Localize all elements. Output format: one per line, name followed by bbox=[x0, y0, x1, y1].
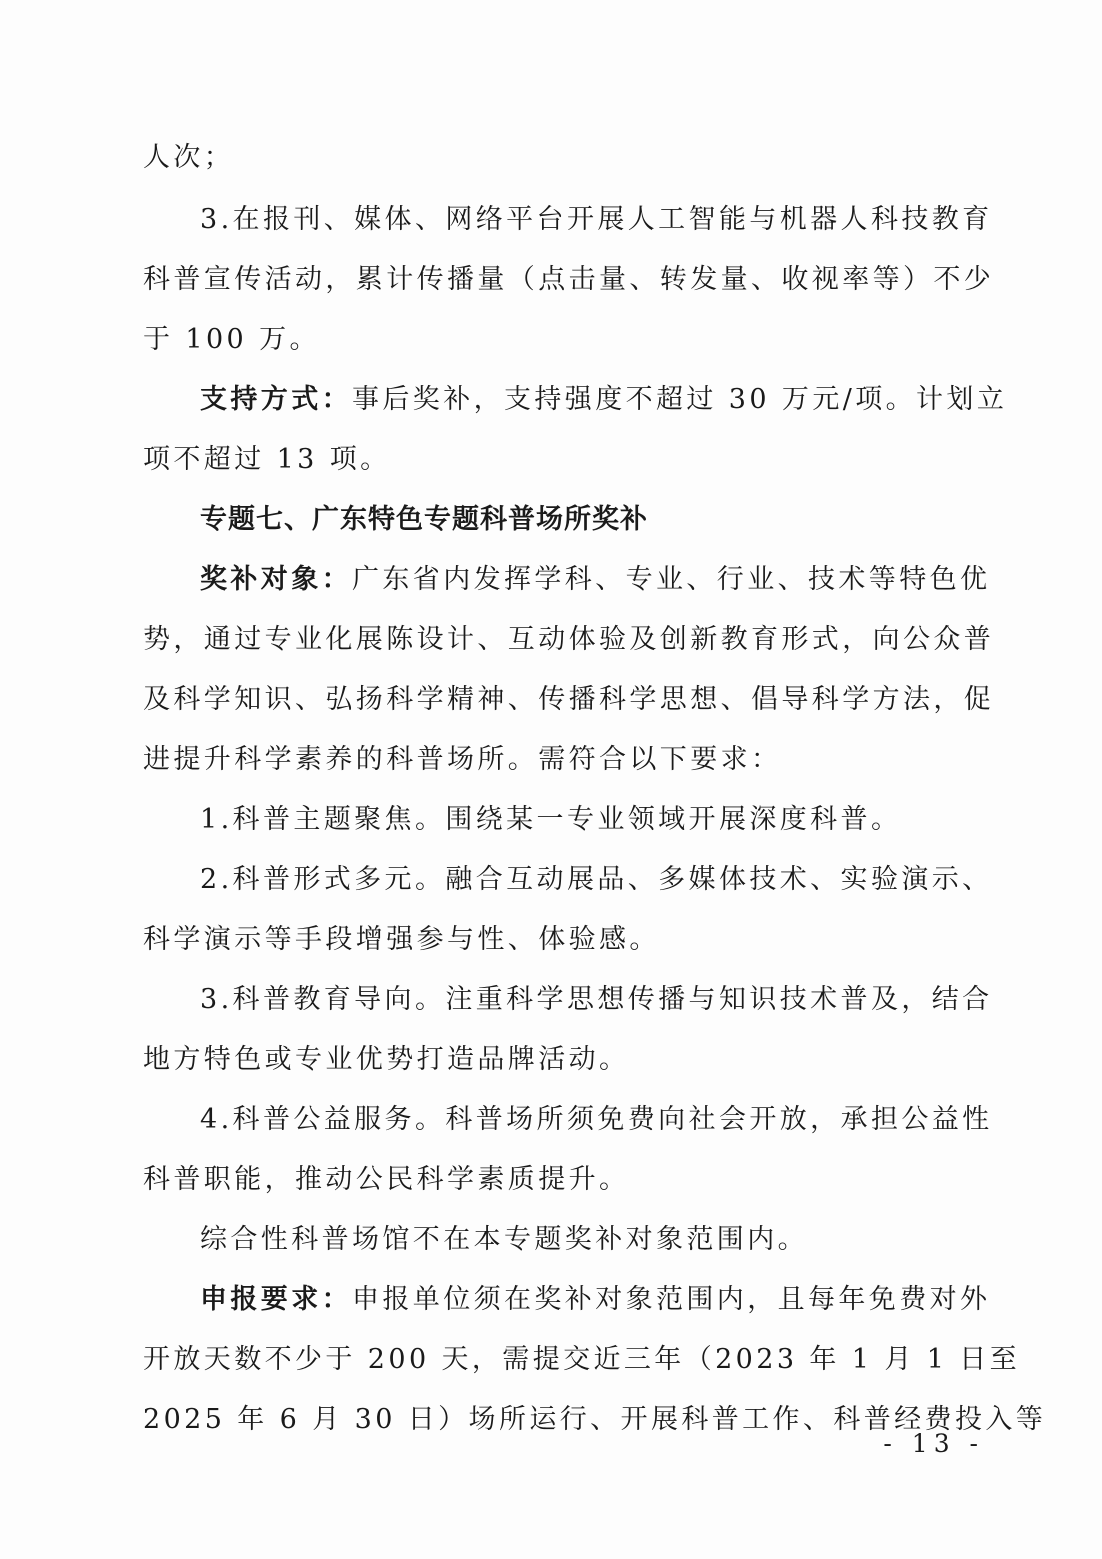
document-page: 人次； 3.在报刊、媒体、网络平台开展人工智能与机器人科技教育 科普宣传活动，累… bbox=[0, 0, 1102, 1559]
award-target-label: 奖补对象： bbox=[200, 564, 352, 595]
paragraph-line: 进提升科学素养的科普场所。需符合以下要求： bbox=[143, 742, 985, 778]
section-heading: 专题七、广东特色专题科普场所奖补 bbox=[200, 502, 648, 538]
requirement-item-2: 2.科普形式多元。融合互动展品、多媒体技术、实验演示、 bbox=[200, 862, 985, 898]
support-method-label: 支持方式： bbox=[200, 384, 352, 415]
paragraph-line: 于 100 万。 bbox=[143, 322, 985, 358]
application-requirements-label: 申报要求： bbox=[200, 1284, 352, 1315]
paragraph-line: 3.在报刊、媒体、网络平台开展人工智能与机器人科技教育 bbox=[200, 202, 985, 238]
paragraph-line: 势，通过专业化展陈设计、互动体验及创新教育形式，向公众普 bbox=[143, 622, 985, 658]
requirement-item-1: 1.科普主题聚焦。围绕某一专业领域开展深度科普。 bbox=[200, 802, 985, 838]
support-method-text: 事后奖补，支持强度不超过 30 万元/项。计划立 bbox=[352, 384, 1007, 415]
paragraph-line: 人次； bbox=[143, 140, 985, 176]
award-target-text: 广东省内发挥学科、专业、行业、技术等特色优 bbox=[352, 564, 990, 595]
exclusion-note: 综合性科普场馆不在本专题奖补对象范围内。 bbox=[200, 1222, 985, 1258]
paragraph-line: 地方特色或专业优势打造品牌活动。 bbox=[143, 1042, 985, 1078]
application-requirements-text: 申报单位须在奖补对象范围内，且每年免费对外 bbox=[352, 1284, 990, 1315]
award-target-paragraph: 奖补对象：广东省内发挥学科、专业、行业、技术等特色优 bbox=[200, 562, 985, 598]
requirement-item-3: 3.科普教育导向。注重科学思想传播与知识技术普及，结合 bbox=[200, 982, 985, 1018]
paragraph-line: 2025 年 6 月 30 日）场所运行、开展科普工作、科普经费投入等 bbox=[143, 1402, 985, 1438]
page-number: - 13 - bbox=[883, 1428, 984, 1460]
paragraph-line: 项不超过 13 项。 bbox=[143, 442, 985, 478]
application-requirements-paragraph: 申报要求：申报单位须在奖补对象范围内，且每年免费对外 bbox=[200, 1282, 985, 1318]
paragraph-line: 科普宣传活动，累计传播量（点击量、转发量、收视率等）不少 bbox=[143, 262, 985, 298]
paragraph-line: 开放天数不少于 200 天，需提交近三年（2023 年 1 月 1 日至 bbox=[143, 1342, 985, 1378]
paragraph-line: 及科学知识、弘扬科学精神、传播科学思想、倡导科学方法，促 bbox=[143, 682, 985, 718]
paragraph-line: 科普职能，推动公民科学素质提升。 bbox=[143, 1162, 985, 1198]
requirement-item-4: 4.科普公益服务。科普场所须免费向社会开放，承担公益性 bbox=[200, 1102, 985, 1138]
paragraph-line: 科学演示等手段增强参与性、体验感。 bbox=[143, 922, 985, 958]
support-method-paragraph: 支持方式：事后奖补，支持强度不超过 30 万元/项。计划立 bbox=[200, 382, 985, 418]
